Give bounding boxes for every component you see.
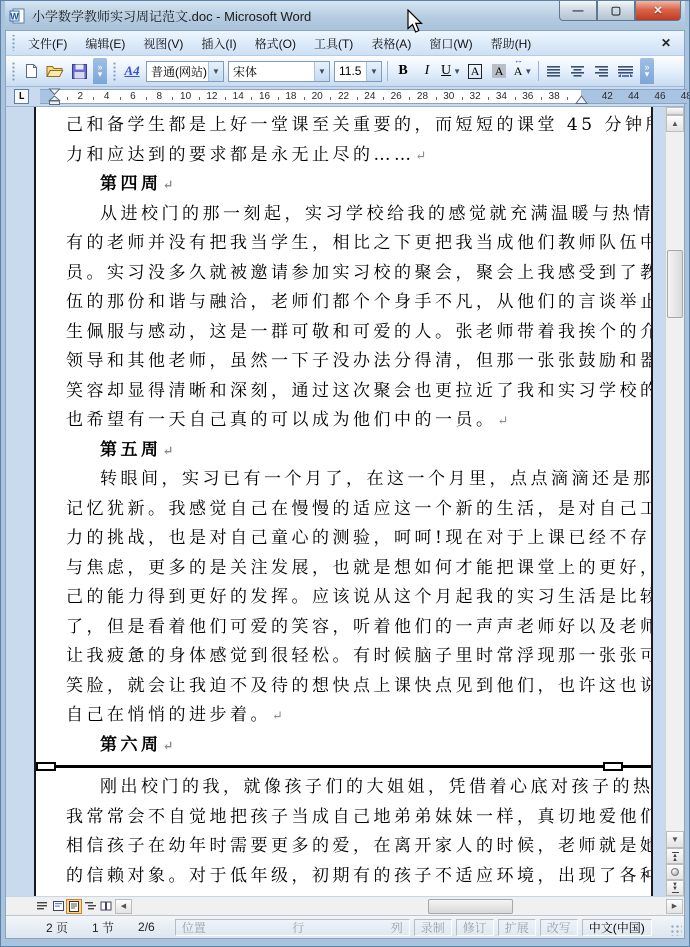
page-corner-notch bbox=[603, 762, 623, 771]
word-window: W 小学数学教师实习周记范文.doc - Microsoft Word — ▢ … bbox=[0, 0, 690, 947]
character-border-button[interactable]: A bbox=[464, 60, 486, 82]
justify-button[interactable] bbox=[543, 60, 565, 82]
chevron-down-icon[interactable]: ▼ bbox=[366, 62, 381, 81]
page-left-margin-area bbox=[6, 107, 34, 896]
next-page-button[interactable]: ▼▼ bbox=[666, 880, 684, 896]
ruler-tick bbox=[172, 97, 173, 100]
character-shading-icon: A bbox=[492, 64, 507, 78]
ruler-number: 30 bbox=[443, 91, 454, 102]
doc-line[interactable]: 从进校门的那一刻起，实习学校给我的感觉就充满温暖与热情，所 bbox=[36, 200, 651, 230]
ruler-tick bbox=[278, 97, 279, 100]
menu-file[interactable]: 文件(F) bbox=[19, 32, 76, 55]
ruler-number: 46 bbox=[654, 91, 665, 102]
ruler-number: 28 bbox=[417, 91, 428, 102]
reading-layout-view-button[interactable] bbox=[98, 899, 114, 914]
font-value: 宋体 bbox=[229, 63, 314, 80]
open-folder-icon bbox=[46, 64, 64, 78]
page-break-line bbox=[36, 765, 651, 768]
italic-button[interactable]: I bbox=[416, 60, 438, 82]
formatting-toolbar-options-chevron[interactable]: »▾ bbox=[640, 58, 654, 84]
doc-line-text: 力和应达到的要求都是永无止尽的…… bbox=[66, 145, 415, 165]
menu-table[interactable]: 表格(A) bbox=[362, 32, 420, 55]
svg-text:W: W bbox=[10, 11, 19, 21]
chevron-down-icon[interactable]: ▼ bbox=[208, 62, 223, 81]
split-box[interactable] bbox=[666, 107, 684, 115]
center-icon bbox=[571, 65, 585, 77]
page-corner-notch bbox=[36, 762, 56, 771]
justify-icon bbox=[547, 65, 561, 77]
ruler-tick bbox=[199, 97, 200, 100]
ruler-number: 10 bbox=[180, 91, 191, 102]
doc-line[interactable]: 笑脸，就会让我迫不及待的想快点上课快点见到他们，也许这也说明了 bbox=[36, 672, 651, 702]
ruler-number: 6 bbox=[130, 91, 136, 102]
ruler-number: 38 bbox=[549, 91, 560, 102]
ruler-number: 44 bbox=[628, 91, 639, 102]
doc-line[interactable]: 伍的那份和谐与融洽，老师们都个个身手不凡，从他们的言谈举止中心 bbox=[36, 288, 651, 318]
vertical-scroll-track[interactable] bbox=[666, 132, 684, 831]
doc-line[interactable]: 己的能力得到更好的发挥。应该说从这个月起我的实习生活是比较累的 bbox=[36, 583, 651, 613]
status-line-label: 行 bbox=[292, 919, 304, 936]
status-overtype-mode[interactable]: 改写 bbox=[540, 919, 578, 936]
status-track-changes[interactable]: 修订 bbox=[456, 919, 494, 936]
print-layout-icon bbox=[69, 901, 79, 912]
doc-line[interactable]: 员。实习没多久就被邀请参加实习校的聚会，聚会上我感受到了教师队 bbox=[36, 259, 651, 289]
outline-view-button[interactable] bbox=[82, 899, 98, 914]
print-layout-view-button[interactable] bbox=[66, 899, 82, 914]
status-section: 1 节 bbox=[80, 919, 126, 936]
ruler-tick bbox=[409, 97, 410, 100]
status-position-panel: 位置 行 列 bbox=[175, 919, 410, 936]
new-document-button[interactable] bbox=[20, 60, 42, 82]
horizontal-scroll-thumb[interactable] bbox=[428, 899, 513, 914]
document-page[interactable]: 己和备学生都是上好一堂课至关重要的，而短短的课堂 45 分钟所需的努 力和应达到… bbox=[34, 107, 653, 896]
ruler-number: 24 bbox=[364, 91, 375, 102]
chevron-down-icon[interactable]: ▼ bbox=[524, 67, 532, 76]
align-right-button[interactable] bbox=[591, 60, 613, 82]
doc-line[interactable]: 我常常会不自觉地把孩子当成自己地弟弟妹妹一样，真切地爱他们。我 bbox=[36, 803, 651, 833]
toolbar-separator bbox=[538, 61, 539, 81]
word-app-icon: W bbox=[9, 8, 27, 24]
doc-line-text: 第五周 bbox=[100, 440, 162, 460]
horizontal-ruler[interactable]: L 2468101214161820222426283032343638 424… bbox=[6, 87, 684, 107]
status-language[interactable]: 中文(中国) bbox=[582, 919, 652, 936]
ruler-number: 12 bbox=[206, 91, 217, 102]
menu-help[interactable]: 帮助(H) bbox=[482, 32, 541, 55]
scroll-right-button[interactable]: ▶ bbox=[666, 899, 683, 914]
underline-button[interactable]: U ▼ bbox=[440, 60, 462, 82]
menu-format[interactable]: 格式(O) bbox=[246, 32, 305, 55]
ruler-number: 42 bbox=[602, 91, 613, 102]
minimize-button[interactable]: — bbox=[559, 1, 597, 21]
ruler-number: 14 bbox=[233, 91, 244, 102]
doc-heading[interactable]: 第五周↵ bbox=[36, 436, 651, 466]
ruler-tick bbox=[383, 97, 384, 100]
scroll-down-button[interactable]: ▼ bbox=[666, 831, 684, 848]
doc-line-text: 也希望有一天自己真的可以成为他们中的一员。 bbox=[66, 410, 497, 430]
toolbar-row: »▾ A4 普通(网站) ▼ 宋体 ▼ 11.5 ▼ B I U ▼ bbox=[6, 56, 684, 87]
menu-view[interactable]: 视图(V) bbox=[134, 32, 192, 55]
doc-line[interactable]: 转眼间，实习已有一个月了，在这一个月里，点点滴滴还是那么的 bbox=[36, 465, 651, 495]
doc-line[interactable]: 也希望有一天自己真的可以成为他们中的一员。↵ bbox=[36, 406, 651, 436]
right-indent-marker[interactable] bbox=[575, 95, 588, 105]
status-record-mode[interactable]: 录制 bbox=[414, 919, 452, 936]
character-scaling-button[interactable]: ↔A ▼ bbox=[512, 60, 534, 82]
styles-icon: A4 bbox=[124, 63, 139, 79]
ruler-tick bbox=[515, 97, 516, 100]
maximize-button[interactable]: ▢ bbox=[597, 1, 635, 21]
reading-layout-icon bbox=[100, 901, 112, 911]
ruler-tick bbox=[541, 97, 542, 100]
doc-line[interactable]: 力和应达到的要求都是永无止尽的……↵ bbox=[36, 141, 651, 171]
ruler-tick bbox=[567, 97, 568, 100]
ruler-tick bbox=[251, 97, 252, 100]
align-right-icon bbox=[595, 65, 609, 77]
character-border-icon: A bbox=[468, 64, 483, 79]
font-combobox[interactable]: 宋体 ▼ bbox=[228, 61, 330, 82]
ruler-tick bbox=[93, 97, 94, 100]
paragraph-mark: ↵ bbox=[163, 444, 174, 459]
vertical-scroll-thumb[interactable] bbox=[667, 250, 683, 318]
toolbar-separator bbox=[387, 61, 388, 81]
menu-tools[interactable]: 工具(T) bbox=[305, 32, 362, 55]
ruler-tick bbox=[488, 97, 489, 100]
distribute-icon bbox=[618, 65, 634, 77]
ruler-number: 32 bbox=[470, 91, 481, 102]
paragraph-mark: ↵ bbox=[498, 414, 509, 429]
standard-toolbar-options-chevron[interactable]: »▾ bbox=[93, 58, 107, 84]
title-bar[interactable]: W 小学数学教师实习周记范文.doc - Microsoft Word — ▢ … bbox=[5, 1, 685, 30]
styles-and-formatting-button[interactable]: A4 bbox=[121, 60, 143, 82]
application-body: 文件(F) 编辑(E) 视图(V) 插入(I) 格式(O) 工具(T) 表格(A… bbox=[5, 30, 685, 939]
close-button[interactable]: ✕ bbox=[635, 1, 681, 21]
ruler-tick bbox=[225, 97, 226, 100]
page-break-separator bbox=[36, 760, 651, 773]
doc-line[interactable]: 己和备学生都是上好一堂课至关重要的，而短短的课堂 45 分钟所需的努 bbox=[36, 111, 651, 141]
paragraph-mark: ↵ bbox=[272, 709, 283, 724]
normal-view-icon bbox=[37, 902, 48, 911]
normal-view-button[interactable] bbox=[34, 899, 50, 914]
indent-markers[interactable] bbox=[48, 88, 61, 106]
ruler-number: 18 bbox=[285, 91, 296, 102]
doc-line[interactable]: 领导和其他老师，虽然一下子没办法分得清，但那一张张鼓励和器重的 bbox=[36, 347, 651, 377]
font-size-value: 11.5 bbox=[335, 64, 366, 78]
doc-line[interactable]: 让我疲惫的身体感觉到很轻松。有时候脑子里时常浮现那一张张可爱的 bbox=[36, 642, 651, 672]
bold-button[interactable]: B bbox=[392, 60, 414, 82]
ruler-tick bbox=[120, 97, 121, 100]
center-button[interactable] bbox=[567, 60, 589, 82]
chevron-down-icon[interactable]: ▼ bbox=[453, 67, 461, 76]
chevron-down-icon[interactable]: ▼ bbox=[314, 62, 329, 81]
horizontal-scrollbar-row: ◀ ▶ bbox=[6, 896, 684, 915]
status-bar: 2 页 1 节 2/6 位置 行 列 录制 修订 扩展 改写 中文(中国) bbox=[6, 915, 684, 938]
ruler-number: 8 bbox=[156, 91, 162, 102]
doc-line[interactable]: 了，但是看着他们可爱的笑容，听着他们的一声声老师好以及老师再见， bbox=[36, 613, 651, 643]
doc-line[interactable]: 生佩服与感动，这是一群可敬和可爱的人。张老师带着我挨个的介绍校 bbox=[36, 318, 651, 348]
ruler-number: 36 bbox=[522, 91, 533, 102]
horizontal-scroll-track[interactable] bbox=[133, 899, 651, 914]
doc-line[interactable]: 相信孩子在幼年时需要更多的爱，在离开家人的时候，老师就是她唯一 bbox=[36, 832, 651, 862]
ruler-number: 4 bbox=[104, 91, 110, 102]
underline-glyph: U bbox=[441, 63, 451, 79]
scroll-left-button[interactable]: ◀ bbox=[115, 899, 132, 914]
web-layout-icon bbox=[53, 901, 64, 911]
doc-line[interactable]: 的信赖对象。对于低年级，初期有的孩子不适应环境，出现了各种情况， bbox=[36, 862, 651, 892]
doc-line[interactable]: 自己在悄悄的进步着。↵ bbox=[36, 701, 651, 731]
browse-object-icon bbox=[671, 868, 679, 876]
status-page-of: 2/6 bbox=[126, 920, 167, 934]
status-extend-selection[interactable]: 扩展 bbox=[498, 919, 536, 936]
close-document-icon[interactable]: ✕ bbox=[656, 34, 676, 52]
new-document-icon bbox=[24, 63, 39, 79]
scroll-up-button[interactable]: ▲ bbox=[666, 115, 684, 132]
menu-window[interactable]: 窗口(W) bbox=[420, 32, 481, 55]
character-shading-button[interactable]: A bbox=[488, 60, 510, 82]
menu-insert[interactable]: 插入(I) bbox=[192, 32, 245, 55]
ruler-text-band: 2468101214161820222426283032343638 bbox=[54, 89, 581, 104]
ruler-number: 26 bbox=[391, 91, 402, 102]
paragraph-mark: ↵ bbox=[163, 178, 174, 193]
view-buttons bbox=[6, 899, 114, 914]
double-up-arrow-icon: ▲▲ bbox=[672, 851, 679, 862]
doc-line-text: 自己在悄悄的进步着。 bbox=[66, 705, 271, 725]
status-page: 2 页 bbox=[6, 919, 80, 936]
double-down-arrow-icon: ▼▼ bbox=[672, 883, 679, 894]
ruler-number: 22 bbox=[338, 91, 349, 102]
doc-heading[interactable]: 第六周↵ bbox=[36, 731, 651, 761]
previous-page-button[interactable]: ▲▲ bbox=[666, 848, 684, 864]
ruler-tick bbox=[304, 97, 305, 100]
ruler-right-margin: 42444648 bbox=[581, 89, 687, 104]
ruler-number: 34 bbox=[496, 91, 507, 102]
font-size-combobox[interactable]: 11.5 ▼ bbox=[334, 61, 382, 82]
open-button[interactable] bbox=[44, 60, 66, 82]
resize-grip[interactable] bbox=[670, 924, 682, 936]
status-position-label: 位置 bbox=[182, 919, 206, 936]
vertical-scrollbar[interactable]: ▲ ▼ ▲▲ ▼▼ bbox=[665, 107, 684, 896]
ruler-tick bbox=[436, 97, 437, 100]
character-scaling-icon: ↔A bbox=[514, 64, 523, 79]
menu-bar: 文件(F) 编辑(E) 视图(V) 插入(I) 格式(O) 工具(T) 表格(A… bbox=[6, 31, 684, 56]
ruler-tick bbox=[67, 97, 68, 100]
doc-line[interactable]: 力的挑战，也是对自己童心的测验，呵呵!现在对于上课已经不存在紧张 bbox=[36, 524, 651, 554]
ruler-number: 2 bbox=[78, 91, 84, 102]
ruler-tick bbox=[462, 97, 463, 100]
paragraph-mark: ↵ bbox=[416, 149, 427, 164]
doc-line[interactable]: 笑容却显得清晰和深刻，通过这次聚会也更拉近了我和实习学校的关系， bbox=[36, 377, 651, 407]
save-button[interactable] bbox=[68, 60, 90, 82]
doc-line[interactable]: 记忆犹新。我感觉自己在慢慢的适应这一个新的生活，是对自己工作能 bbox=[36, 495, 651, 525]
toolbar-grip[interactable] bbox=[112, 61, 117, 82]
ruler-tick bbox=[357, 97, 358, 100]
save-floppy-icon bbox=[72, 64, 87, 79]
outline-view-icon bbox=[85, 902, 96, 911]
ruler-number: 20 bbox=[312, 91, 323, 102]
ruler-number: 16 bbox=[259, 91, 270, 102]
toolbar-grip[interactable] bbox=[11, 35, 16, 52]
doc-line[interactable]: 与焦虑，更多的是关注发展，也就是想如何才能把课堂上的更好，让自 bbox=[36, 554, 651, 584]
ruler-tick bbox=[330, 97, 331, 100]
doc-line-text: 第六周 bbox=[100, 735, 162, 755]
tab-selector[interactable]: L bbox=[14, 89, 29, 104]
style-combobox[interactable]: 普通(网站) ▼ bbox=[146, 61, 224, 82]
document-area: 己和备学生都是上好一堂课至关重要的，而短短的课堂 45 分钟所需的努 力和应达到… bbox=[6, 107, 684, 896]
doc-line[interactable]: 刚出校门的我，就像孩子们的大姐姐，凭借着心底对孩子的热爱， bbox=[36, 773, 651, 803]
doc-line[interactable]: 有的老师并没有把我当学生，相比之下更把我当成他们教师队伍中的一 bbox=[36, 229, 651, 259]
status-column-label: 列 bbox=[391, 919, 403, 936]
web-layout-view-button[interactable] bbox=[50, 899, 66, 914]
ruler-tick bbox=[146, 97, 147, 100]
menu-edit[interactable]: 编辑(E) bbox=[76, 32, 134, 55]
select-browse-object-button[interactable] bbox=[666, 864, 684, 880]
style-value: 普通(网站) bbox=[147, 63, 208, 80]
toolbar-grip[interactable] bbox=[11, 61, 16, 82]
page-right-margin-area bbox=[653, 107, 665, 896]
paragraph-mark: ↵ bbox=[163, 739, 174, 754]
distribute-button[interactable] bbox=[615, 60, 637, 82]
doc-line-text: 第四周 bbox=[100, 174, 162, 194]
doc-heading[interactable]: 第四周↵ bbox=[36, 170, 651, 200]
ruler-number: 48 bbox=[681, 91, 690, 102]
window-title: 小学数学教师实习周记范文.doc - Microsoft Word bbox=[32, 6, 311, 25]
